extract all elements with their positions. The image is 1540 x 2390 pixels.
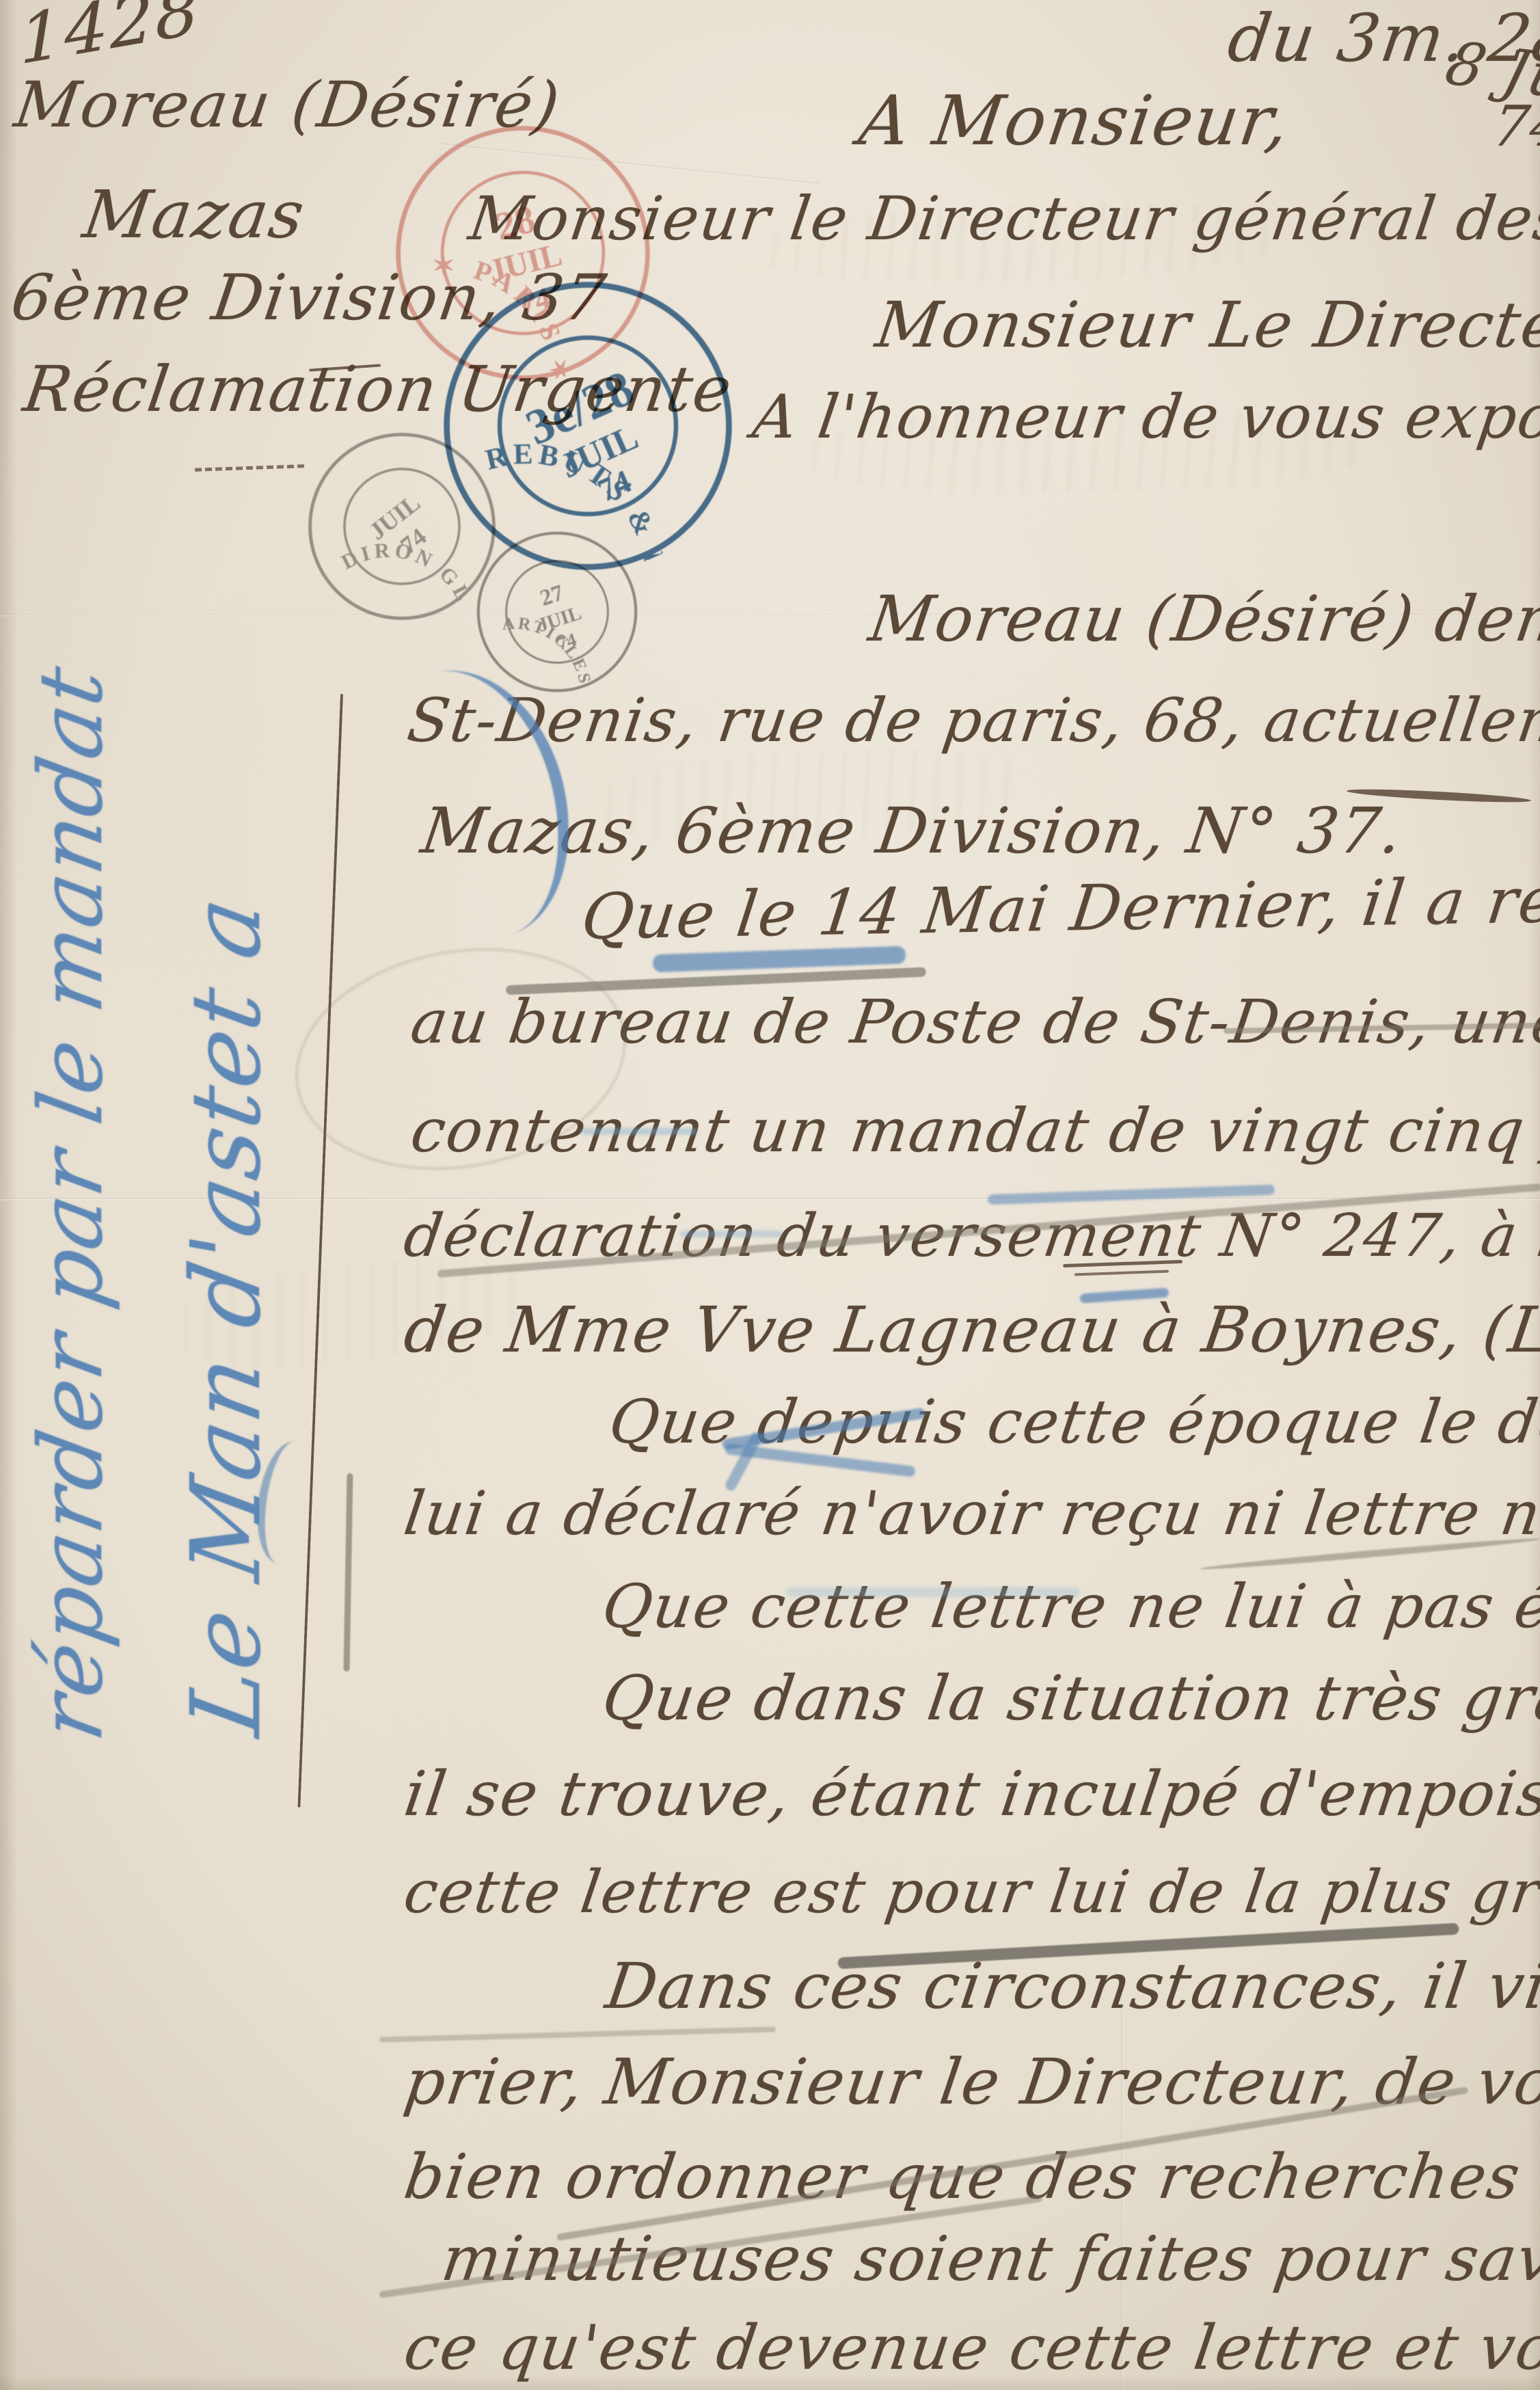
- letter-line-18: Dans ces circonstances, il vient vous: [602, 1950, 1540, 2023]
- letter-line-11: de Mme Vve Lagneau à Boynes, (Loiret): [400, 1293, 1540, 1367]
- letter-line-19: prier, Monsieur le Directeur, de vouloir: [400, 2045, 1540, 2119]
- margin-note-outer: réparder par le mandat: [21, 658, 122, 1748]
- svg-text:JUIL: JUIL: [535, 602, 584, 636]
- ink-vertical-margin-line: [297, 694, 343, 1808]
- urgency-squiggle-underline: [195, 464, 304, 472]
- letter-line-salutation2: Monsieur Le Directeur,: [872, 288, 1540, 362]
- dateline-year: 74: [1489, 94, 1540, 159]
- letter-line-20: bien ordonner que des recherches les plu…: [400, 2141, 1540, 2213]
- letter-line-7: Que le 14 Mai Dernier, il a remis: [578, 861, 1540, 954]
- letter-line-6: Mazas, 6ème Division, N° 37.: [417, 794, 1407, 868]
- letter-scan-page: 1428 Moreau (Désiré) Mazas 6ème Division…: [0, 0, 1540, 2390]
- letter-line-16: il se trouve, étant inculpé d'empoisonne…: [400, 1758, 1540, 1830]
- letter-line-14: Que cette lettre ne lui à pas été retour…: [598, 1571, 1540, 1641]
- letter-line-10: déclaration du versement N° 247, à l'adr…: [400, 1202, 1540, 1270]
- pencil-vertical-tick: [343, 1473, 353, 1671]
- pencil-faint-line17: [379, 2026, 776, 2042]
- letter-line-9: contenant un mandat de vingt cinq francs: [407, 1095, 1540, 1166]
- ink-underline-247-second: [1075, 1270, 1169, 1276]
- svg-text:28: 28: [491, 198, 540, 249]
- margin-note-inner: Le Man d'astet a: [171, 888, 282, 1742]
- letter-line-22: ce qu'est devenue cette lettre et vous: [400, 2312, 1540, 2384]
- letter-line-12: Que depuis cette époque le destinataire: [605, 1386, 1540, 1457]
- letter-line-8: au bureau de Poste de St-Denis, une lett…: [407, 986, 1540, 1057]
- letter-line-15: Que dans la situation très grave où: [598, 1663, 1540, 1734]
- letter-line-5: St-Denis, rue de paris, 68, actuellement…: [403, 685, 1540, 755]
- docket-place: Mazas: [79, 176, 310, 253]
- letter-line-expose: A l'honneur de vous exposer:: [748, 381, 1540, 452]
- letter-line-21: minutieuses soient faites pour savoir: [437, 2223, 1540, 2295]
- letter-line-17: cette lettre est pour lui de la plus gra…: [400, 1858, 1540, 1926]
- letter-line-4: Moreau (Désiré) demeurant à: [865, 582, 1540, 656]
- letter-line-salutation: A Monsieur,: [854, 81, 1295, 161]
- letter-line-13: lui a déclaré n'avoir reçu ni lettre ni …: [400, 1478, 1540, 1548]
